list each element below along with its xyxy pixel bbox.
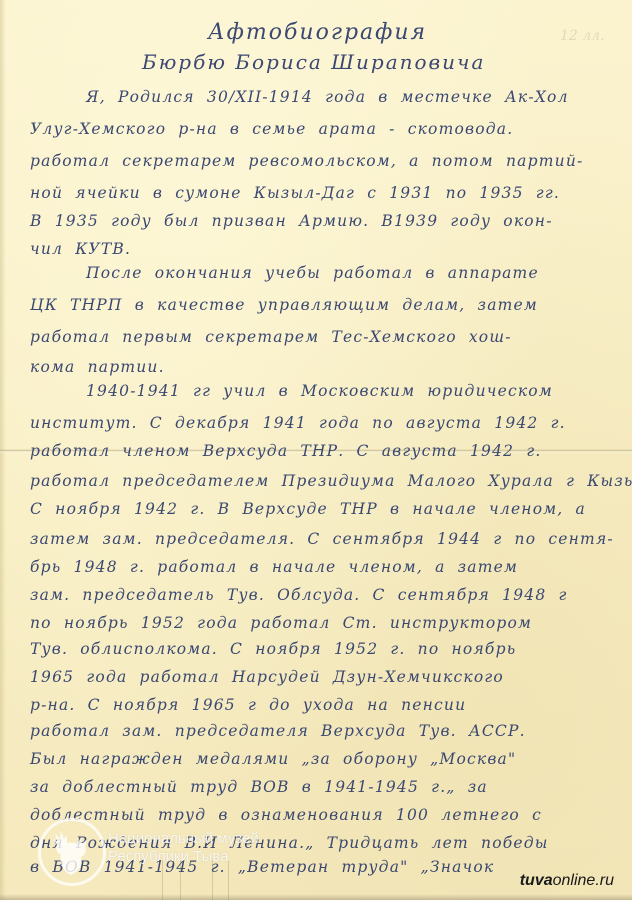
deer-head-icon <box>49 827 93 877</box>
museum-logo <box>38 818 106 886</box>
pencil-mark <box>180 860 181 900</box>
text-line: р-на. С ноября 1965 г до ухода на пенсии <box>30 696 466 714</box>
text-line: 1940-1941 гг учил в Московским юридическ… <box>86 382 553 400</box>
text-line: работал первым секретарем Тес-Хемского х… <box>30 328 512 346</box>
faint-corner-mark: 12 лл. <box>560 28 605 44</box>
text-line: работал зам. председателя Верхсуда Тув. … <box>30 722 526 740</box>
text-line: Был награжден медалями „за оборону „Моск… <box>30 750 516 768</box>
pencil-mark <box>212 860 213 900</box>
text-line: работал членом Верхсуда ТНР. С августа 1… <box>30 442 541 460</box>
pencil-mark <box>162 860 163 900</box>
pencil-mark <box>228 860 229 900</box>
text-line: Улуг-Хемского р-на в семье арата - ското… <box>30 120 513 138</box>
museum-name-line2: Республики Тыва <box>108 848 229 865</box>
text-line: ЦК ТНРП в качестве управляющим делам, за… <box>30 296 538 314</box>
museum-name-line1: Национальный музей <box>108 830 259 847</box>
text-line: за доблестный труд ВОВ в 1941-1945 г.„ з… <box>30 778 488 796</box>
text-line: кома партии. <box>30 358 165 376</box>
text-line: После окончания учебы работал в аппарате <box>86 264 539 282</box>
text-line: 1965 года работал Нарсудей Дзун-Хемчикск… <box>30 668 504 686</box>
text-line: С ноября 1942 г. В Верхсуде ТНР в начале… <box>30 500 586 518</box>
document-subtitle: Бюрбю Бориса Шираповича <box>142 50 485 74</box>
text-line: по ноябрь 1952 года работал Ст. инструкт… <box>30 614 532 632</box>
text-line: ной ячейки в сумоне Кызыл-Даг с 1931 по … <box>30 184 560 202</box>
text-line: затем зам. председателя. С сентября 1944… <box>30 530 614 548</box>
text-line: Тув. облисполкома. С ноября 1952 г. по н… <box>30 640 516 658</box>
text-line: доблестный труд в ознаменования 100 летн… <box>30 806 542 824</box>
document-title: Афтобиография <box>208 20 427 45</box>
site-name-bold: tuva <box>520 872 553 889</box>
site-name-rest: online.ru <box>553 872 614 889</box>
text-line: брь 1948 г. работал в начале членом, а з… <box>30 558 518 576</box>
text-line: институт. С декабря 1941 года по августа… <box>30 414 566 432</box>
site-watermark: tuvaonline.ru <box>520 872 614 890</box>
text-line: Я, Родился 30/XII-1914 годa в местечке А… <box>86 88 569 106</box>
paper-bottom-edge <box>0 894 632 900</box>
text-line: зам. председатель Тув. Облсуда. С сентяб… <box>30 586 568 604</box>
text-line: работал секретарем ревсомольском, а пото… <box>30 152 583 170</box>
text-line: В 1935 году был призван Армию. В1939 год… <box>30 212 553 230</box>
text-line: работал председателем Президиума Малого … <box>30 472 632 490</box>
text-line: чил КУТВ. <box>30 240 131 258</box>
